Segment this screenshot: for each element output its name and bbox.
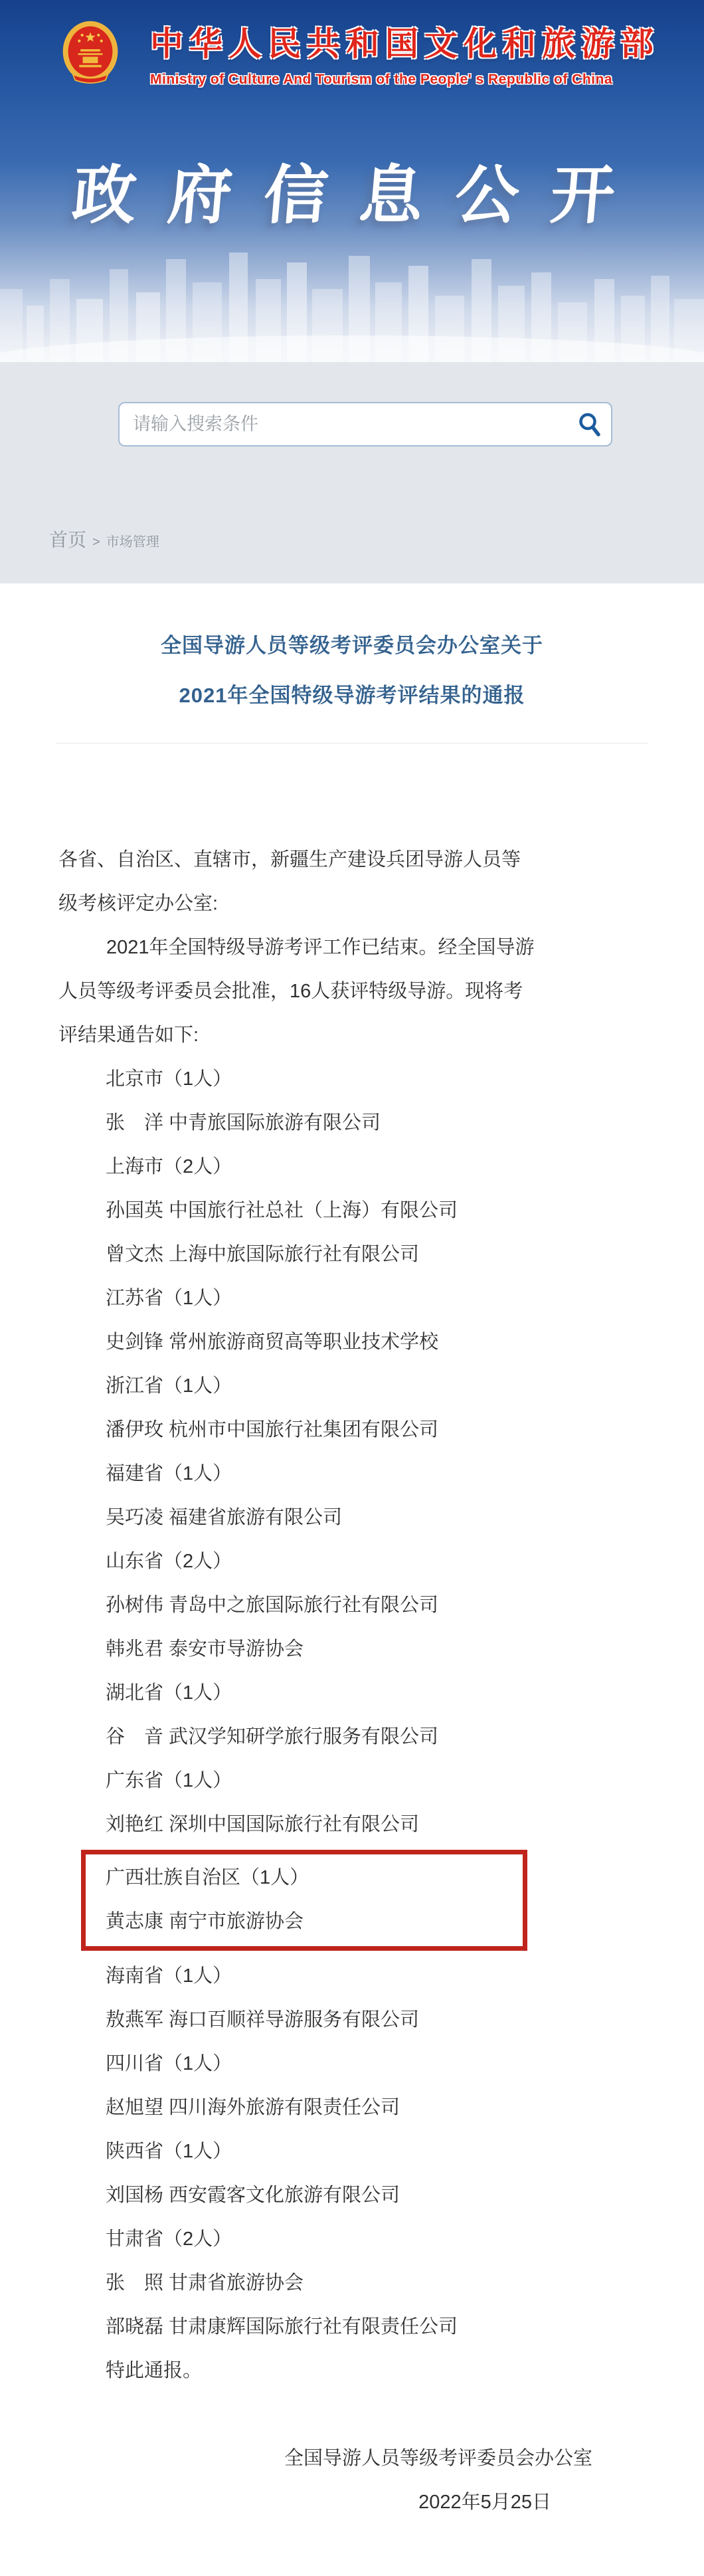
- list-item: 史剑锋 常州旅游商贸高等职业技术学校: [58, 1320, 646, 1364]
- list-item: 北京市（1人）: [58, 1057, 646, 1101]
- list-item: 敖燕军 海口百顺祥导游服务有限公司: [58, 1998, 646, 2042]
- city-skyline-decoration: [0, 243, 704, 362]
- page-title: 全国导游人员等级考评委员会办公室关于 2021年全国特级导游考评结果的通报: [58, 621, 646, 720]
- banner-title: 政府信息公开: [0, 145, 704, 236]
- list-item: 黄志康 南宁市旅游协会: [106, 1900, 516, 1943]
- list-item: 吴巧凌 福建省旅游有限公司: [58, 1496, 646, 1539]
- list-item: 陕西省（1人）: [58, 2130, 646, 2173]
- list-item: 孙国英 中国旅行社总社（上海）有限公司: [58, 1189, 646, 1233]
- list-item: 海南省（1人）: [58, 1954, 646, 1998]
- document-body: 各省、自治区、直辖市，新疆生产建设兵团导游人员等 级考核评定办公室: 2021年…: [58, 838, 646, 2524]
- list-item: 张 洋 中青旅国际旅游有限公司: [58, 1101, 646, 1145]
- results-list-after: 海南省（1人）敖燕军 海口百顺祥导游服务有限公司四川省（1人）赵旭望 四川海外旅…: [58, 1954, 646, 2349]
- search-input[interactable]: [120, 403, 569, 445]
- list-item: 潘伊玫 杭州市中国旅行社集团有限公司: [58, 1408, 646, 1452]
- search-button[interactable]: [569, 403, 611, 445]
- list-item: 广西壮族自治区（1人）: [106, 1856, 516, 1900]
- list-item: 湖北省（1人）: [58, 1671, 646, 1715]
- list-item: 刘艳红 深圳中国国际旅行社有限公司: [58, 1803, 646, 1846]
- list-item: 孙树伟 青岛中之旅国际旅行社有限公司: [58, 1583, 646, 1627]
- list-item: 广东省（1人）: [58, 1759, 646, 1803]
- list-item: 部晓磊 甘肃康辉国际旅行社有限责任公司: [58, 2305, 646, 2349]
- list-item: 谷 音 武汉学知研学旅行服务有限公司: [58, 1715, 646, 1759]
- list-item: 上海市（2人）: [58, 1145, 646, 1189]
- list-item: 福建省（1人）: [58, 1452, 646, 1496]
- page-title-line1: 全国导游人员等级考评委员会办公室关于: [161, 634, 543, 657]
- list-item: 江苏省（1人）: [58, 1276, 646, 1320]
- salutation-line: 级考核评定办公室:: [58, 882, 646, 926]
- intro-line: 评结果通告如下:: [58, 1013, 646, 1057]
- list-item: 赵旭望 四川海外旅游有限责任公司: [58, 2086, 646, 2130]
- closing-line: 特此通报。: [58, 2349, 646, 2393]
- breadcrumb: 首页 > 市场管理: [49, 526, 159, 552]
- breadcrumb-home-link[interactable]: 首页: [49, 526, 86, 552]
- page-title-line2: 2021年全国特级导游考评结果的通报: [179, 684, 525, 707]
- breadcrumb-section-link[interactable]: 市场管理: [106, 531, 159, 550]
- title-divider: [56, 743, 648, 743]
- signature: 全国导游人员等级考评委员会办公室: [58, 2436, 646, 2480]
- highlight-box: 广西壮族自治区（1人）黄志康 南宁市旅游协会: [81, 1850, 527, 1951]
- ministry-title-en: Ministry of Culture And Tourism of the P…: [150, 72, 660, 88]
- date: 2022年5月25日: [58, 2480, 646, 2524]
- list-item: 刘国杨 西安霞客文化旅游有限公司: [58, 2173, 646, 2217]
- ministry-title-cn: 中华人民共和国文化和旅游部: [150, 17, 660, 65]
- list-item: 浙江省（1人）: [58, 1364, 646, 1408]
- results-list-before: 北京市（1人）张 洋 中青旅国际旅游有限公司上海市（2人）孙国英 中国旅行社总社…: [58, 1057, 646, 1846]
- toolbar-section: 首页 > 市场管理: [0, 362, 704, 583]
- intro-line: 2021年全国特级导游考评工作已结束。经全国导游: [58, 926, 646, 969]
- salutation-line: 各省、自治区、直辖市，新疆生产建设兵团导游人员等: [58, 838, 646, 882]
- china-national-emblem-icon: [61, 20, 120, 88]
- search-box: [118, 402, 612, 446]
- search-icon: [576, 411, 603, 438]
- list-item: 曾文杰 上海中旅国际旅行社有限公司: [58, 1233, 646, 1276]
- bottom-spacer: [58, 2524, 646, 2576]
- list-item: 韩兆君 泰安市导游协会: [58, 1627, 646, 1671]
- site-header: 中华人民共和国文化和旅游部 Ministry of Culture And To…: [0, 0, 704, 362]
- intro-line: 人员等级考评委员会批准，16人获评特级导游。现将考: [58, 969, 646, 1013]
- breadcrumb-separator: >: [92, 535, 100, 550]
- list-item: 山东省（2人）: [58, 1539, 646, 1583]
- article-content: 全国导游人员等级考评委员会办公室关于 2021年全国特级导游考评结果的通报 各省…: [0, 621, 704, 2576]
- list-item: 张 照 甘肃省旅游协会: [58, 2261, 646, 2305]
- list-item: 四川省（1人）: [58, 2042, 646, 2086]
- list-item: 甘肃省（2人）: [58, 2217, 646, 2261]
